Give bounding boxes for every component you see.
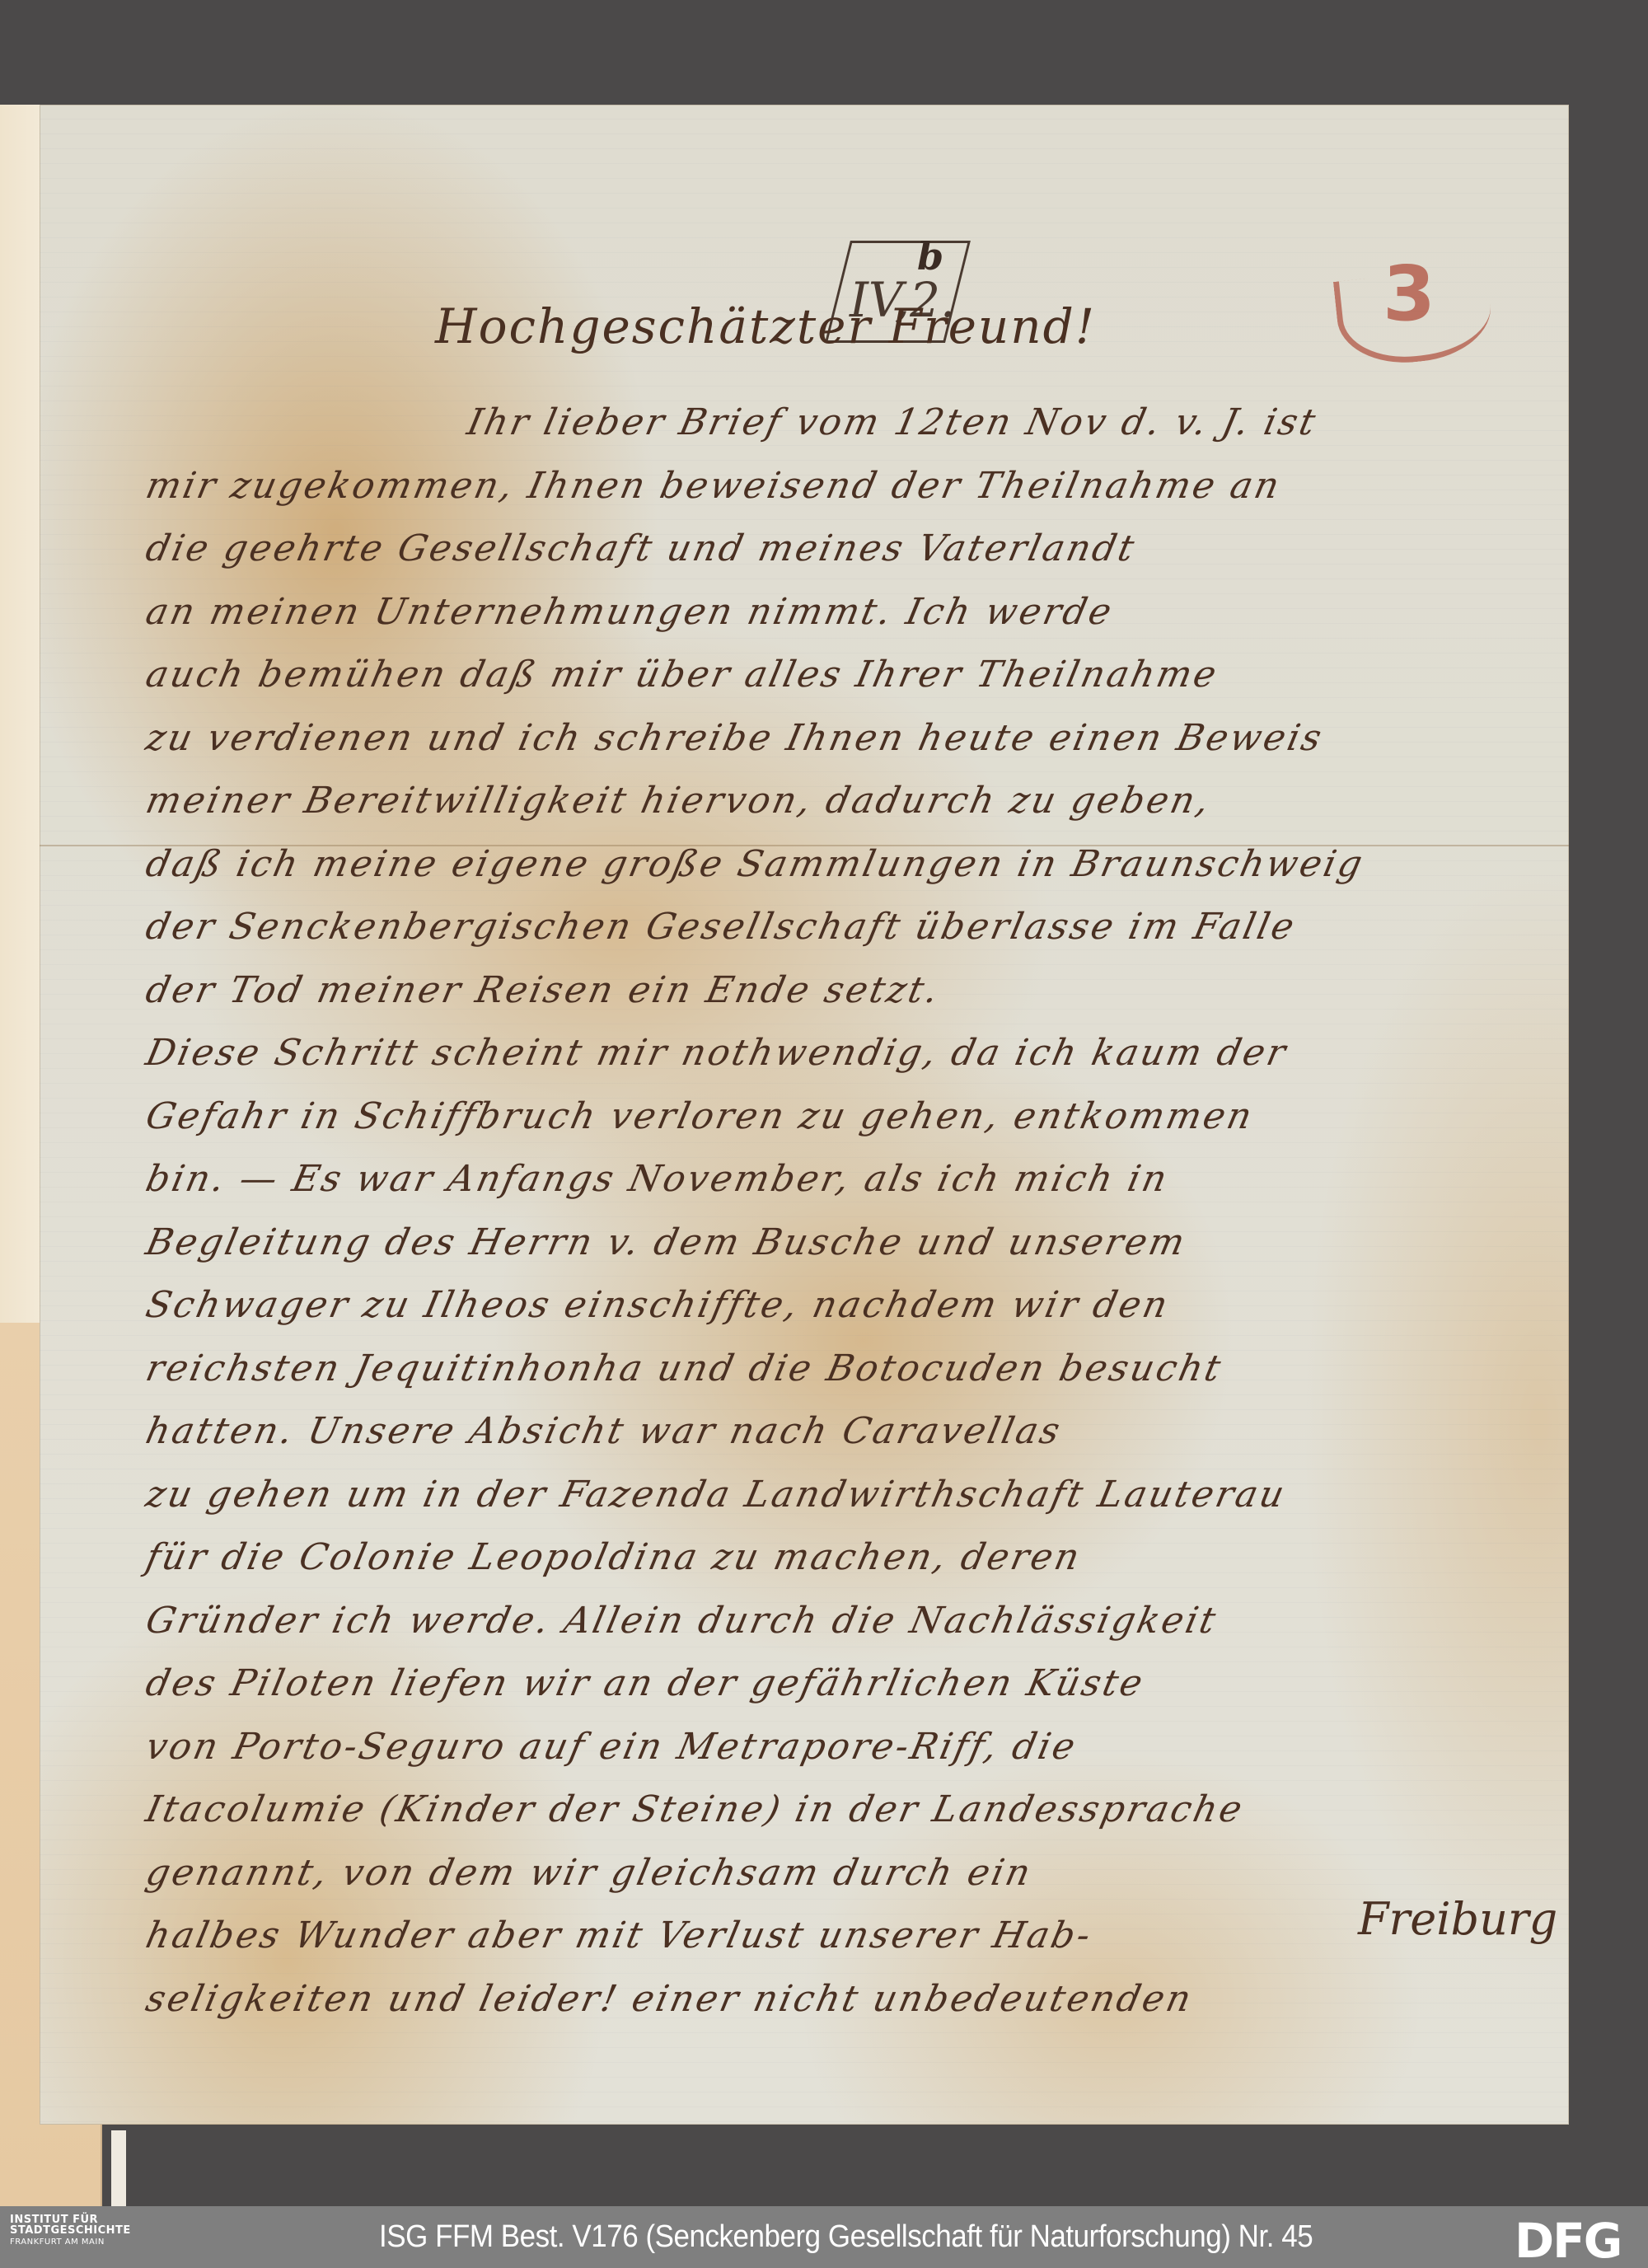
letter-line: von Porto-Seguro auf ein Metrapore-Riff,…: [143, 1726, 1081, 1768]
letter-line: daß ich meine eigene große Sammlungen in…: [143, 843, 1369, 885]
letter-line: halbes Wunder aber mit Verlust unserer H…: [143, 1914, 1097, 1956]
institute-line-2: STADTGESCHICHTE: [10, 2225, 131, 2236]
letter-line: Schwager zu Ilheos einschiffte, nachdem …: [143, 1284, 1174, 1326]
letter-line: zu verdienen und ich schreibe Ihnen heut…: [143, 717, 1327, 759]
dfg-logo: DFG: [1515, 2213, 1621, 2268]
letter-line: auch bemühen daß mir über alles Ihrer Th…: [143, 654, 1223, 696]
letter-line: genannt, von dem wir gleichsam durch ein: [143, 1852, 1037, 1894]
letter-line: Gründer ich werde. Allein durch die Nach…: [143, 1600, 1222, 1642]
letter-line: Gefahr in Schiffbruch verloren zu gehen,…: [143, 1095, 1258, 1137]
letter-line: für die Colonie Leopoldina zu machen, de…: [143, 1536, 1086, 1578]
letter-line: seligkeiten und leider! einer nicht unbe…: [143, 1978, 1197, 2020]
paper-edge-strip: [111, 2130, 126, 2206]
archive-caption: ISG FFM Best. V176 (Senckenberg Gesellsc…: [379, 2219, 1313, 2255]
letter-line: reichsten Jequitinhonha und die Botocude…: [143, 1347, 1227, 1389]
letter-line: die geehrte Gesellschaft und meines Vate…: [143, 527, 1140, 569]
institute-line-3: FRANKFURT AM MAIN: [10, 2237, 131, 2247]
letter-page: IV,2. b 3 Hochgeschätzter Freund! Ihr li…: [40, 105, 1569, 2125]
letter-line: Itacolumie (Kinder der Steine) in der La…: [143, 1788, 1248, 1830]
letter-line: Diese Schritt scheint mir nothwendig, da…: [143, 1032, 1292, 1074]
catchword: Freiburg: [1358, 1893, 1557, 1945]
letter-line: Ihr lieber Brief vom 12ten Nov d. v. J. …: [464, 401, 1322, 443]
letter-line: der Tod meiner Reisen ein Ende setzt.: [143, 969, 944, 1011]
letter-line: der Senckenbergischen Gesellschaft überl…: [143, 906, 1300, 948]
letter-line: meiner Bereitwilligkeit hiervon, dadurch…: [143, 780, 1215, 822]
letter-line: hatten. Unsere Absicht war nach Caravell…: [143, 1410, 1066, 1452]
salutation: Hochgeschätzter Freund!: [435, 298, 1096, 354]
letter-line: mir zugekommen, Ihnen beweisend der Thei…: [143, 465, 1285, 507]
letter-line: an meinen Unternehmungen nimmt. Ich werd…: [143, 591, 1118, 633]
letter-line: des Piloten liefen wir an der gefährlich…: [143, 1662, 1149, 1704]
letter-line: zu gehen um in der Fazenda Landwirthscha…: [143, 1474, 1290, 1516]
institute-logo: INSTITUT FÜR STADTGESCHICHTE FRANKFURT A…: [10, 2214, 131, 2247]
footer-bar: INSTITUT FÜR STADTGESCHICHTE FRANKFURT A…: [0, 2206, 1648, 2268]
handwritten-letter: Hochgeschätzter Freund! Ihr lieber Brief…: [40, 105, 1569, 2125]
letter-line: Begleitung des Herrn v. dem Busche und u…: [143, 1221, 1191, 1263]
letter-line: bin. — Es war Anfangs November, als ich …: [143, 1158, 1173, 1200]
